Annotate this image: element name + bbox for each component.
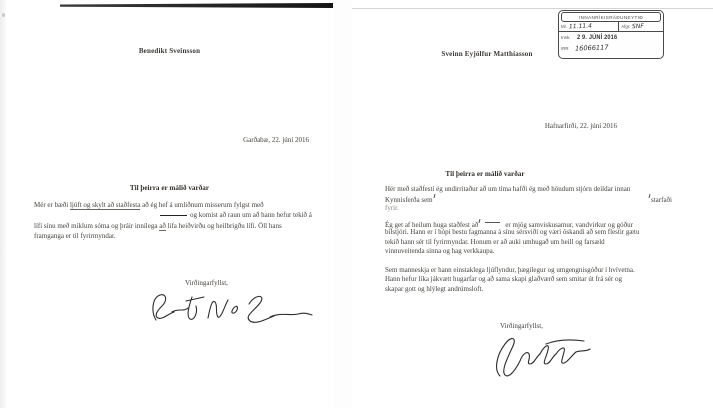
stamp-case-number: 16066117 xyxy=(574,43,608,52)
salutation-heading: Til þeirra er málið varðar xyxy=(6,184,333,192)
stamp-row: Ml. 11.11.4 Afgr. SNF xyxy=(559,22,663,32)
letter-paragraph-3: Sem manneskja er hann einstaklega ljúfly… xyxy=(385,266,672,294)
body-line: Kynnisferða sem starfaði xyxy=(385,194,672,203)
scan-artifact xyxy=(2,13,5,17)
stamp-ml-cell: Ml. 11.11.4 xyxy=(559,22,619,31)
body-text: Kynnisferða sem xyxy=(385,194,436,203)
redaction-underline xyxy=(160,215,187,216)
body-line: framganga er til fyrirmyndar. xyxy=(34,231,314,241)
salutation-heading: Til þeirra er málið varðar xyxy=(385,170,585,178)
letter-body: Mér er bæði ljúft og skylt að staðfesta … xyxy=(34,200,314,241)
stamp-row: IRR 16066117 xyxy=(559,43,663,54)
closing-valediction: Virðingarfyllst, xyxy=(500,322,543,330)
body-line: Hér með staðfesti ég undirritaður að um … xyxy=(385,185,672,194)
body-text: og komist að raun um að hann hefur tekið… xyxy=(190,211,312,219)
stamp-row: Innk. 2 9. JÚNÍ 2016 xyxy=(559,32,663,43)
body-line: tekið hann sér til fyrirmyndar. Honum er… xyxy=(385,238,672,247)
body-text: að ég hef á umliðnum misserum fylgst með xyxy=(140,201,263,209)
body-text: lifa heiðvirðu og heilbrigðu lífi. Öll h… xyxy=(166,222,282,230)
body-line: Ég get af heilum huga staðfest aðer mjög… xyxy=(385,219,672,228)
stamp-ml-value: 11.11.4 xyxy=(569,22,592,30)
stamp-irr-label: IRR xyxy=(561,46,569,51)
pen-underlined-text: ljúft og skylt að staðfesta xyxy=(70,201,140,210)
stamp-innk-label: Innk. xyxy=(561,35,571,40)
body-line: skapar gott og hlýlegt andrúmsloft. xyxy=(385,285,672,294)
body-line: Sem manneskja er hann einstaklega ljúfly… xyxy=(385,266,672,275)
body-text: starfaði xyxy=(648,194,672,203)
stamp-ministry-name: INNANRÍKISRÁÐUNEYTIÐ xyxy=(561,12,661,22)
letterhead-author-name: Benedikt Sveinsson xyxy=(6,47,333,55)
body-line: Hann hefur líka jákvætt hugarfar og að s… xyxy=(385,275,672,284)
stamp-received-date: 2 9. JÚNÍ 2016 xyxy=(577,34,617,41)
body-text: lífi sínu með miklum sóma og þráir innil… xyxy=(34,222,159,230)
stamp-afgr-cell: Afgr. SNF xyxy=(619,22,663,31)
body-text: starfaði xyxy=(651,196,672,204)
stamp-ml-label: Ml. xyxy=(561,24,567,29)
dateline: Garðabæ, 22. júní 2016 xyxy=(6,136,309,144)
body-line: fyrir. xyxy=(385,204,672,213)
signature-sveinn-matthiasson xyxy=(488,330,603,387)
body-line: Mér er bæði ljúft og skylt að staðfesta … xyxy=(34,200,314,210)
footnote-mark xyxy=(479,219,481,223)
footnote-mark xyxy=(433,194,435,198)
stamp-afgr-label: Afgr. xyxy=(621,24,630,29)
scan-bar-artifact xyxy=(60,3,333,8)
letter-page-sveinn: Sveinn Eyjólfur Matthíasson INNANRÍKISRÁ… xyxy=(352,0,713,408)
letter-paragraph-1: Hér með staðfesti ég undirritaður að um … xyxy=(385,185,672,213)
letter-paragraph-2: Ég get af heilum huga staðfest aðer mjög… xyxy=(385,219,672,257)
body-text: Mér er bæði xyxy=(34,201,70,209)
signature-benedikt-sveinsson xyxy=(146,286,316,343)
dateline: Hafnarfirði, 22. júní 2016 xyxy=(472,122,617,130)
redaction-overline xyxy=(485,222,500,223)
stamp-afgr-value: SNF xyxy=(632,22,644,29)
body-line: vinnuveitenda sinna og hag verkkaupa. xyxy=(385,247,672,256)
ministry-registry-stamp: INNANRÍKISRÁÐUNEYTIÐ Ml. 11.11.4 Afgr. S… xyxy=(558,10,664,59)
scan-top-line-artifact xyxy=(352,8,713,9)
pen-underlined-text: að xyxy=(159,222,166,231)
letter-page-benedikt: Benedikt Sveinsson Garðabæ, 22. júní 201… xyxy=(6,0,333,408)
body-line: bílstjóri. Hann er í hópi bestu fagmanna… xyxy=(385,228,672,237)
letterhead-author-name: Sveinn Eyjólfur Matthíasson xyxy=(397,50,577,58)
body-line: og komist að raun um að hann hefur tekið… xyxy=(34,210,314,220)
body-line: lífi sínu með miklum sóma og þráir innil… xyxy=(34,221,314,231)
